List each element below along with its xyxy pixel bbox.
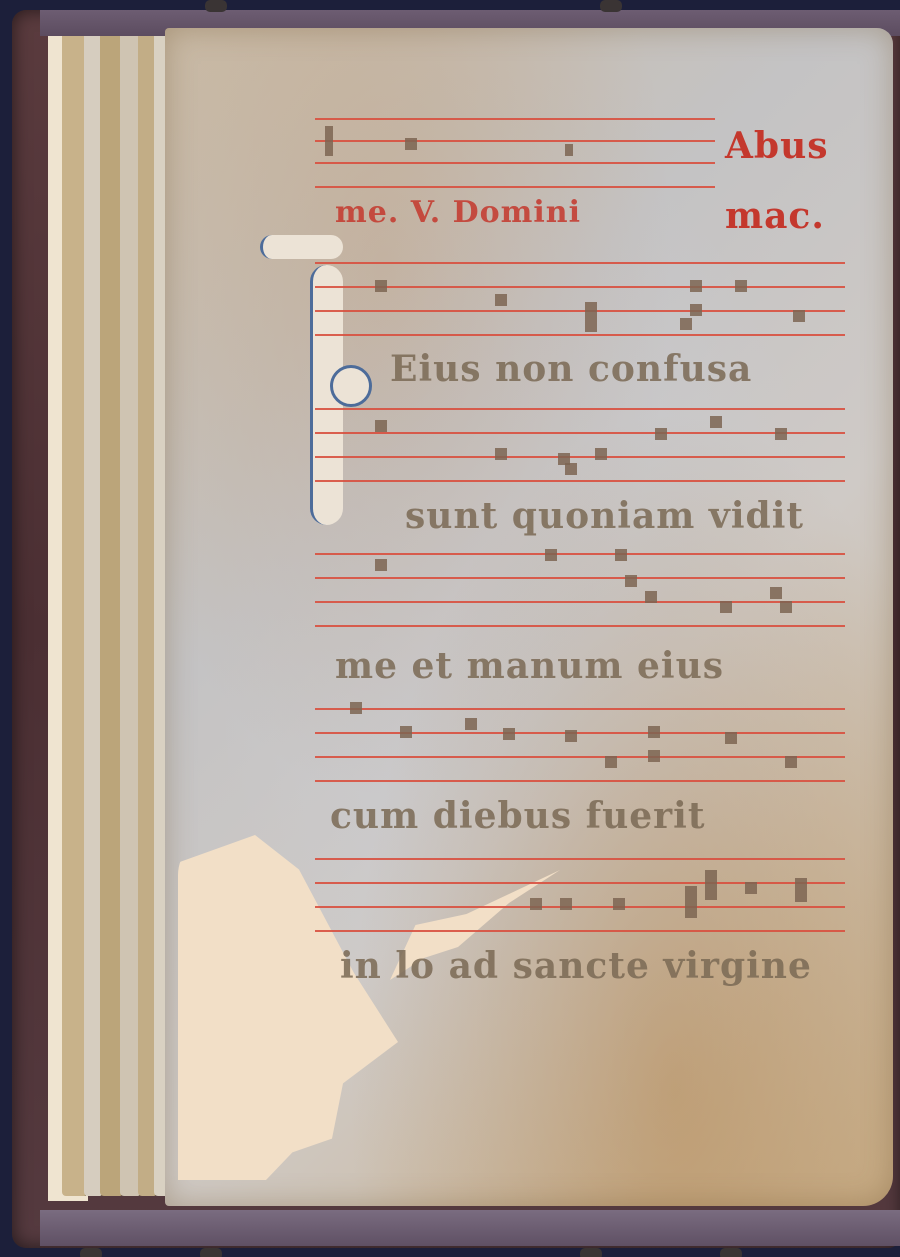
music-staff [315, 118, 715, 194]
clasp-icon [80, 1248, 102, 1257]
lyric-text: me. V. Domini [335, 195, 581, 230]
clasp-icon [600, 0, 622, 12]
cover-edge-bottom [40, 1210, 900, 1246]
music-staff [315, 408, 845, 484]
lyric-text: me et manum eius [335, 645, 724, 687]
music-staff [315, 553, 845, 629]
rubric-text: mac. [725, 195, 825, 237]
music-staff [315, 262, 845, 338]
music-staff [315, 708, 845, 784]
clasp-icon [720, 1248, 742, 1257]
lyric-text: sunt quoniam vidit [405, 495, 804, 537]
clasp-icon [200, 1248, 222, 1257]
clasp-icon [580, 1248, 602, 1257]
rubric-text: Abus [725, 125, 829, 167]
lyric-text: cum diebus fuerit [330, 795, 705, 837]
versicle-marker: me. V. Domini [335, 195, 581, 230]
lyric-text: Eius non confusa [390, 348, 752, 390]
music-staff [315, 858, 845, 934]
lyric-text: in lo ad sancte virgine [340, 945, 812, 987]
clasp-icon [205, 0, 227, 12]
